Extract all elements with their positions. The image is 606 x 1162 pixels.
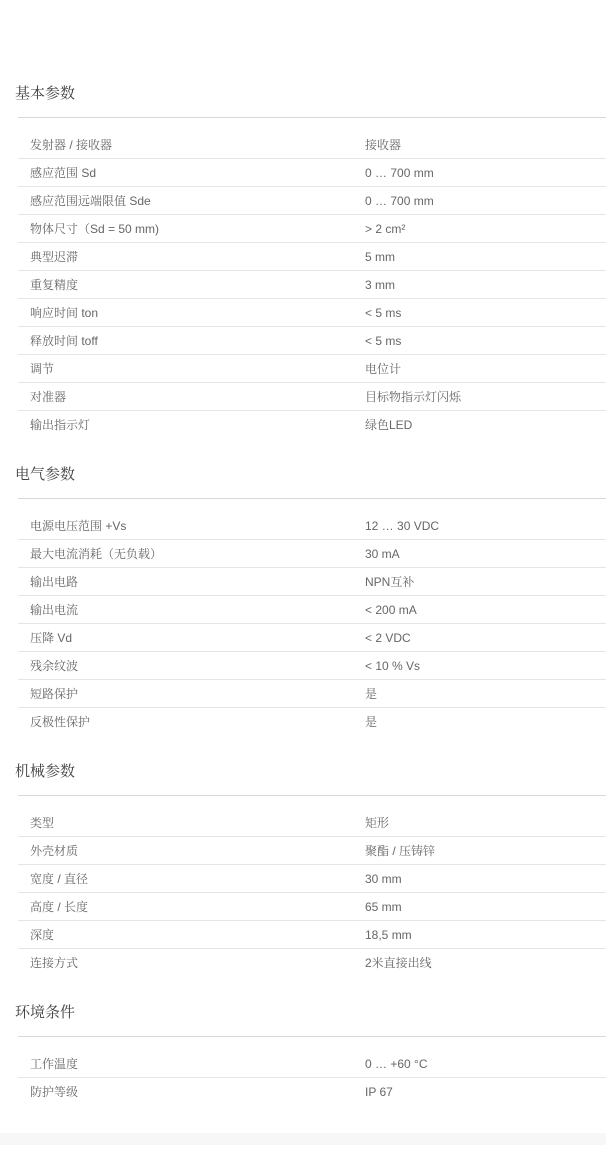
section-title: 环境条件 [15, 1003, 606, 1023]
spec-table-row: 外壳材质 聚酯 / 压铸锌 [18, 837, 606, 865]
spec-row-label: 深度 [18, 927, 365, 943]
spec-table-row: 连接方式 2米直接出线 [18, 949, 606, 977]
spec-sections-container: 基本参数 发射器 / 接收器 接收器 感应范围 Sd 0 … 700 mm 感应… [0, 0, 606, 1106]
spec-row-value: IP 67 [365, 1084, 393, 1100]
spec-row-label: 重复精度 [18, 277, 365, 293]
spec-row-label: 反极性保护 [18, 714, 365, 730]
spec-row-label: 宽度 / 直径 [18, 871, 365, 887]
spec-row-label: 输出电路 [18, 574, 365, 590]
spec-row-value: 30 mA [365, 546, 400, 562]
spec-row-value: 电位计 [365, 361, 401, 377]
spec-table-row: 防护等级 IP 67 [18, 1078, 606, 1106]
spec-table: 工作温度 0 … +60 °C 防护等级 IP 67 [18, 1050, 606, 1106]
spec-row-label: 典型迟滞 [18, 249, 365, 265]
spec-row-value: NPN互补 [365, 574, 414, 590]
spec-table-row: 压降 Vd < 2 VDC [18, 624, 606, 652]
section-title: 机械参数 [15, 762, 606, 782]
spec-row-label: 感应范围远端限值 Sde [18, 193, 365, 209]
spec-table: 电源电压范围 +Vs 12 … 30 VDC 最大电流消耗（无负载） 30 mA… [18, 512, 606, 736]
spec-page: 基本参数 发射器 / 接收器 接收器 感应范围 Sd 0 … 700 mm 感应… [0, 0, 606, 1162]
spec-row-value: 18,5 mm [365, 927, 412, 943]
spec-row-value: 0 … 700 mm [365, 165, 434, 181]
spec-row-value: 65 mm [365, 899, 402, 915]
footer-divider-band [0, 1133, 606, 1145]
spec-table-row: 对准器 目标物指示灯闪烁 [18, 383, 606, 411]
spec-table-row: 电源电压范围 +Vs 12 … 30 VDC [18, 512, 606, 540]
spec-table-row: 输出指示灯 绿色LED [18, 411, 606, 439]
spec-row-value: < 5 ms [365, 333, 401, 349]
section-title-divider [18, 498, 606, 499]
spec-row-value: < 5 ms [365, 305, 401, 321]
spec-row-value: 2米直接出线 [365, 955, 432, 971]
spec-row-value: 0 … 700 mm [365, 193, 434, 209]
section-title: 基本参数 [15, 84, 606, 104]
spec-table-row: 重复精度 3 mm [18, 271, 606, 299]
spec-row-value: 是 [365, 686, 377, 702]
spec-row-value: < 10 % Vs [365, 658, 420, 674]
spec-table-row: 响应时间 ton < 5 ms [18, 299, 606, 327]
spec-section: 基本参数 发射器 / 接收器 接收器 感应范围 Sd 0 … 700 mm 感应… [0, 84, 606, 439]
spec-row-label: 对准器 [18, 389, 365, 405]
spec-table: 发射器 / 接收器 接收器 感应范围 Sd 0 … 700 mm 感应范围远端限… [18, 131, 606, 439]
spec-row-value: < 2 VDC [365, 630, 411, 646]
spec-table-row: 调节 电位计 [18, 355, 606, 383]
section-title-divider [18, 1036, 606, 1037]
spec-row-label: 物体尺寸（Sd = 50 mm) [18, 221, 365, 237]
spec-row-value: > 2 cm² [365, 221, 405, 237]
spec-row-label: 外壳材质 [18, 843, 365, 859]
spec-table-row: 短路保护 是 [18, 680, 606, 708]
spec-table-row: 物体尺寸（Sd = 50 mm) > 2 cm² [18, 215, 606, 243]
spec-row-label: 高度 / 长度 [18, 899, 365, 915]
spec-row-value: < 200 mA [365, 602, 417, 618]
spec-table: 类型 矩形 外壳材质 聚酯 / 压铸锌 宽度 / 直径 30 mm 高度 / 长… [18, 809, 606, 977]
spec-section: 电气参数 电源电压范围 +Vs 12 … 30 VDC 最大电流消耗（无负载） … [0, 465, 606, 736]
spec-row-label: 输出电流 [18, 602, 365, 618]
spec-row-label: 压降 Vd [18, 630, 365, 646]
spec-row-label: 释放时间 toff [18, 333, 365, 349]
spec-table-row: 类型 矩形 [18, 809, 606, 837]
spec-row-value: 是 [365, 714, 377, 730]
spec-table-row: 高度 / 长度 65 mm [18, 893, 606, 921]
spec-row-label: 短路保护 [18, 686, 365, 702]
spec-table-row: 输出电路 NPN互补 [18, 568, 606, 596]
spec-table-row: 最大电流消耗（无负载） 30 mA [18, 540, 606, 568]
spec-row-label: 防护等级 [18, 1084, 365, 1100]
spec-row-value: 0 … +60 °C [365, 1056, 428, 1072]
spec-table-row: 感应范围远端限值 Sde 0 … 700 mm [18, 187, 606, 215]
spec-section: 机械参数 类型 矩形 外壳材质 聚酯 / 压铸锌 宽度 / 直径 30 mm 高… [0, 762, 606, 977]
spec-table-row: 发射器 / 接收器 接收器 [18, 131, 606, 159]
spec-table-row: 宽度 / 直径 30 mm [18, 865, 606, 893]
spec-row-label: 调节 [18, 361, 365, 377]
spec-row-label: 输出指示灯 [18, 417, 365, 433]
spec-row-value: 5 mm [365, 249, 395, 265]
section-title-divider [18, 117, 606, 118]
spec-row-value: 聚酯 / 压铸锌 [365, 843, 435, 859]
spec-table-row: 输出电流 < 200 mA [18, 596, 606, 624]
section-title: 电气参数 [15, 465, 606, 485]
spec-section: 环境条件 工作温度 0 … +60 °C 防护等级 IP 67 [0, 1003, 606, 1106]
spec-row-value: 矩形 [365, 815, 389, 831]
spec-table-row: 工作温度 0 … +60 °C [18, 1050, 606, 1078]
spec-row-label: 响应时间 ton [18, 305, 365, 321]
spec-table-row: 典型迟滞 5 mm [18, 243, 606, 271]
spec-row-label: 电源电压范围 +Vs [18, 518, 365, 534]
spec-row-label: 最大电流消耗（无负载） [18, 546, 365, 562]
spec-row-label: 类型 [18, 815, 365, 831]
spec-row-value: 绿色LED [365, 417, 412, 433]
spec-table-row: 释放时间 toff < 5 ms [18, 327, 606, 355]
spec-row-value: 接收器 [365, 137, 401, 153]
spec-table-row: 残余纹波 < 10 % Vs [18, 652, 606, 680]
spec-row-label: 工作温度 [18, 1056, 365, 1072]
spec-row-label: 发射器 / 接收器 [18, 137, 365, 153]
spec-row-label: 连接方式 [18, 955, 365, 971]
spec-table-row: 感应范围 Sd 0 … 700 mm [18, 159, 606, 187]
spec-row-value: 30 mm [365, 871, 402, 887]
spec-row-label: 残余纹波 [18, 658, 365, 674]
spec-table-row: 反极性保护 是 [18, 708, 606, 736]
spec-row-value: 3 mm [365, 277, 395, 293]
spec-row-value: 目标物指示灯闪烁 [365, 389, 461, 405]
spec-table-row: 深度 18,5 mm [18, 921, 606, 949]
spec-row-value: 12 … 30 VDC [365, 518, 439, 534]
section-title-divider [18, 795, 606, 796]
spec-row-label: 感应范围 Sd [18, 165, 365, 181]
